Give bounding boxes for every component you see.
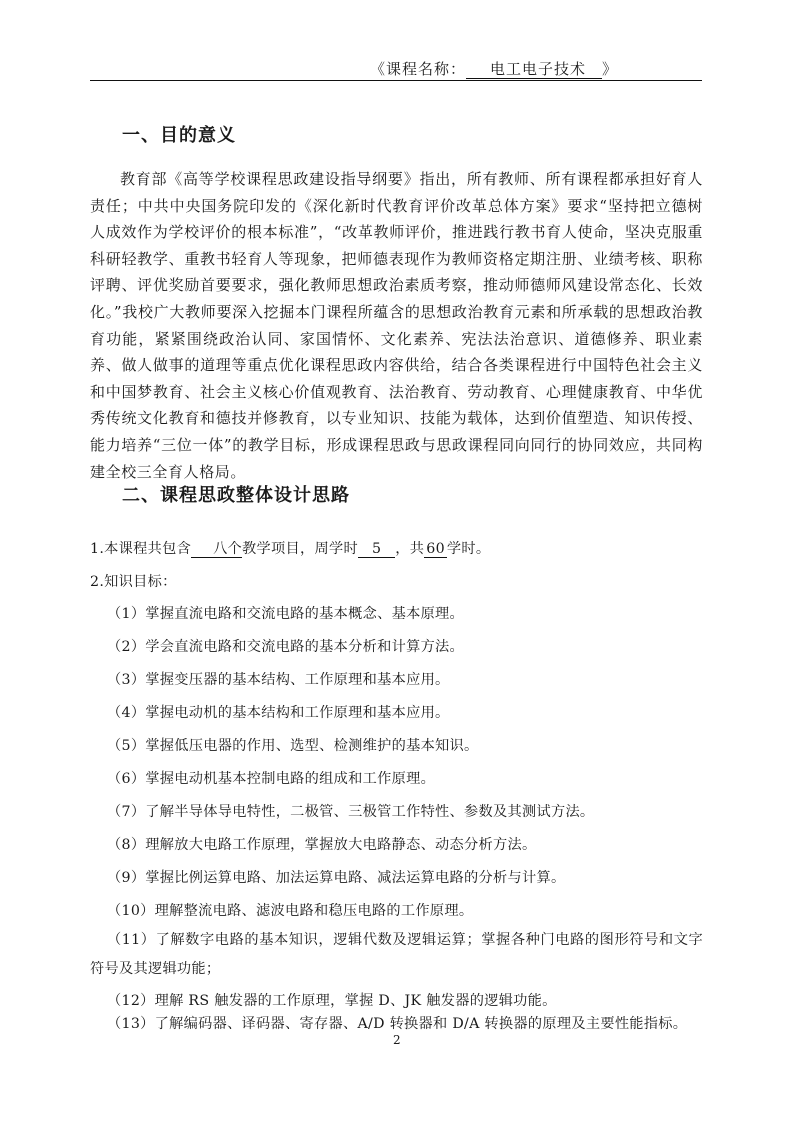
objective-item: （12）理解 RS 触发器的工作原理，掌握 D、JK 触发器的逻辑功能。 — [107, 990, 557, 1010]
total-hours: 60 — [424, 542, 447, 558]
objective-item: （6）掌握电动机基本控制电路的组成和工作原理。 — [107, 768, 435, 788]
weekly-hours: 5 — [358, 542, 395, 558]
objective-item: （1）掌握直流电路和交流电路的基本概念、基本原理。 — [107, 603, 464, 623]
objective-item: （8）理解放大电路工作原理，掌握放大电路静态、动态分析方法。 — [107, 834, 536, 854]
course-title-suffix: 》 — [602, 60, 618, 78]
purpose-paragraph: 教育部《高等学校课程思政建设指导纲要》指出，所有教师、所有课程都承担好育人责任；… — [90, 166, 703, 485]
course-name: 电工电子技术 — [466, 61, 602, 79]
summary-middle: 教学项目，周学时 — [242, 541, 358, 557]
summary-suffix: 学时。 — [447, 541, 490, 557]
objective-item: （10）理解整流电路、滤波电路和稳压电路的工作原理。 — [107, 900, 473, 920]
section-title-purpose: 一、目的意义 — [122, 121, 236, 147]
objective-item: （9）掌握比例运算电路、加法运算电路、减法运算电路的分析与计算。 — [107, 867, 565, 887]
project-count: 八个 — [191, 542, 242, 558]
objective-item: （3）掌握变压器的基本结构、工作原理和基本应用。 — [107, 669, 450, 689]
course-title-prefix: 《课程名称： — [370, 60, 466, 78]
objective-item: （11）了解数字电路的基本知识，逻辑代数及逻辑运算；掌握各种门电路的图形符号和文… — [90, 926, 703, 984]
section-title-design: 二、课程思政整体设计思路 — [122, 481, 350, 507]
page-number: 2 — [393, 1033, 401, 1047]
objective-item: （13）了解编码器、译码器、寄存器、A/D 转换器和 D/A 转换器的原理及主要… — [107, 1013, 687, 1033]
objective-item: （7）了解半导体导电特性，二极管、三极管工作特性、参数及其测试方法。 — [107, 801, 594, 821]
summary-comma: ，共 — [395, 541, 424, 557]
summary-prefix: 1.本课程共包含 — [90, 541, 191, 557]
course-summary-line: 1.本课程共包含八个教学项目，周学时5，共60学时。 — [90, 538, 490, 558]
objective-item: （5）掌握低压电器的作用、选型、检测维护的基本知识。 — [107, 735, 479, 755]
objective-item: （2）学会直流电路和交流电路的基本分析和计算方法。 — [107, 636, 464, 656]
knowledge-goals-label: 2.知识目标： — [90, 571, 177, 591]
course-title: 《课程名称：电工电子技术》 — [370, 58, 618, 79]
objective-item: （4）掌握电动机的基本结构和工作原理和基本应用。 — [107, 702, 450, 722]
page-header: 《课程名称：电工电子技术》 — [90, 58, 702, 81]
